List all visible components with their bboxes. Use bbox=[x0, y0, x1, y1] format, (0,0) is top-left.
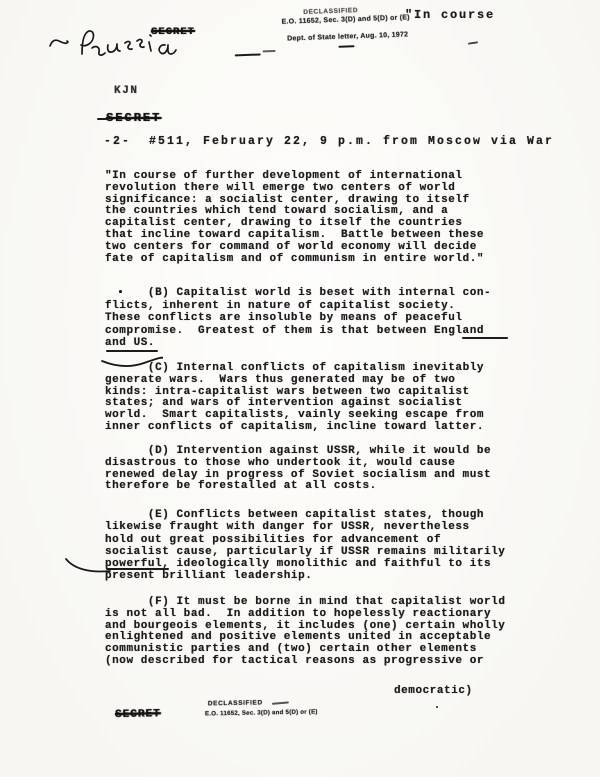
stamp-dash-mark bbox=[263, 50, 276, 52]
telegram-paragraph-c: (C) Internal conflicts of capitalism ine… bbox=[105, 363, 484, 434]
stray-ink-dot-bottom bbox=[436, 706, 438, 708]
stamp-heavy-underline-mark bbox=[235, 53, 261, 56]
telegram-paragraph-d: (D) Intervention against USSR, while it … bbox=[105, 446, 491, 493]
declassification-stamp-bottom: DECLASSIFIED E.O. 11652, Sec. 3(D) and 5… bbox=[110, 695, 350, 729]
telegram-reference-line: -2- #511, February 22, 9 p.m. from Mosco… bbox=[104, 136, 554, 148]
telegram-paragraph-b: (B) Capitalist world is beset with inter… bbox=[105, 287, 491, 350]
stamp-dept-line: Dept. of State letter, Aug. 10, 1972 bbox=[287, 31, 408, 42]
powerful-underline-mark bbox=[106, 568, 169, 570]
and-us-underline-mark bbox=[106, 350, 158, 352]
telegram-paragraph-e: (E) Conflicts between capitalist states,… bbox=[105, 509, 505, 583]
strike-extension-mark bbox=[97, 118, 108, 120]
telegram-paragraph-quote: "In course of further development of int… bbox=[105, 171, 484, 265]
telegram-scanned-page: SECRET DECLASSIFIED E.O. 11652, Sec. 3(D… bbox=[0, 0, 600, 777]
stray-pen-mark bbox=[468, 41, 478, 44]
stamp-underline-mark bbox=[338, 45, 354, 48]
england-underline-mark bbox=[462, 337, 508, 339]
telegram-continuation-word: democratic) bbox=[394, 686, 473, 698]
stamp-eo-line: E.O. 11652, Sec. 3(D) and 5(D) or (E) bbox=[281, 14, 409, 25]
handwritten-russia-annotation bbox=[45, 14, 200, 66]
typist-initials: KJN bbox=[114, 86, 139, 98]
telegram-paragraph-f: (F) It must be borne in mind that capita… bbox=[105, 597, 505, 668]
secret-stamp-top: SECRET bbox=[151, 26, 195, 38]
stamp-dash-mark-bottom bbox=[272, 701, 289, 704]
top-right-text-fragment: "In course bbox=[405, 10, 495, 22]
stamp-declassified-label-bottom: DECLASSIFIED bbox=[208, 699, 263, 707]
stamp-declassified-label: DECLASSIFIED bbox=[303, 7, 358, 16]
curve-stroke bbox=[66, 559, 110, 572]
secret-stamp-header: SECRET bbox=[106, 111, 161, 125]
